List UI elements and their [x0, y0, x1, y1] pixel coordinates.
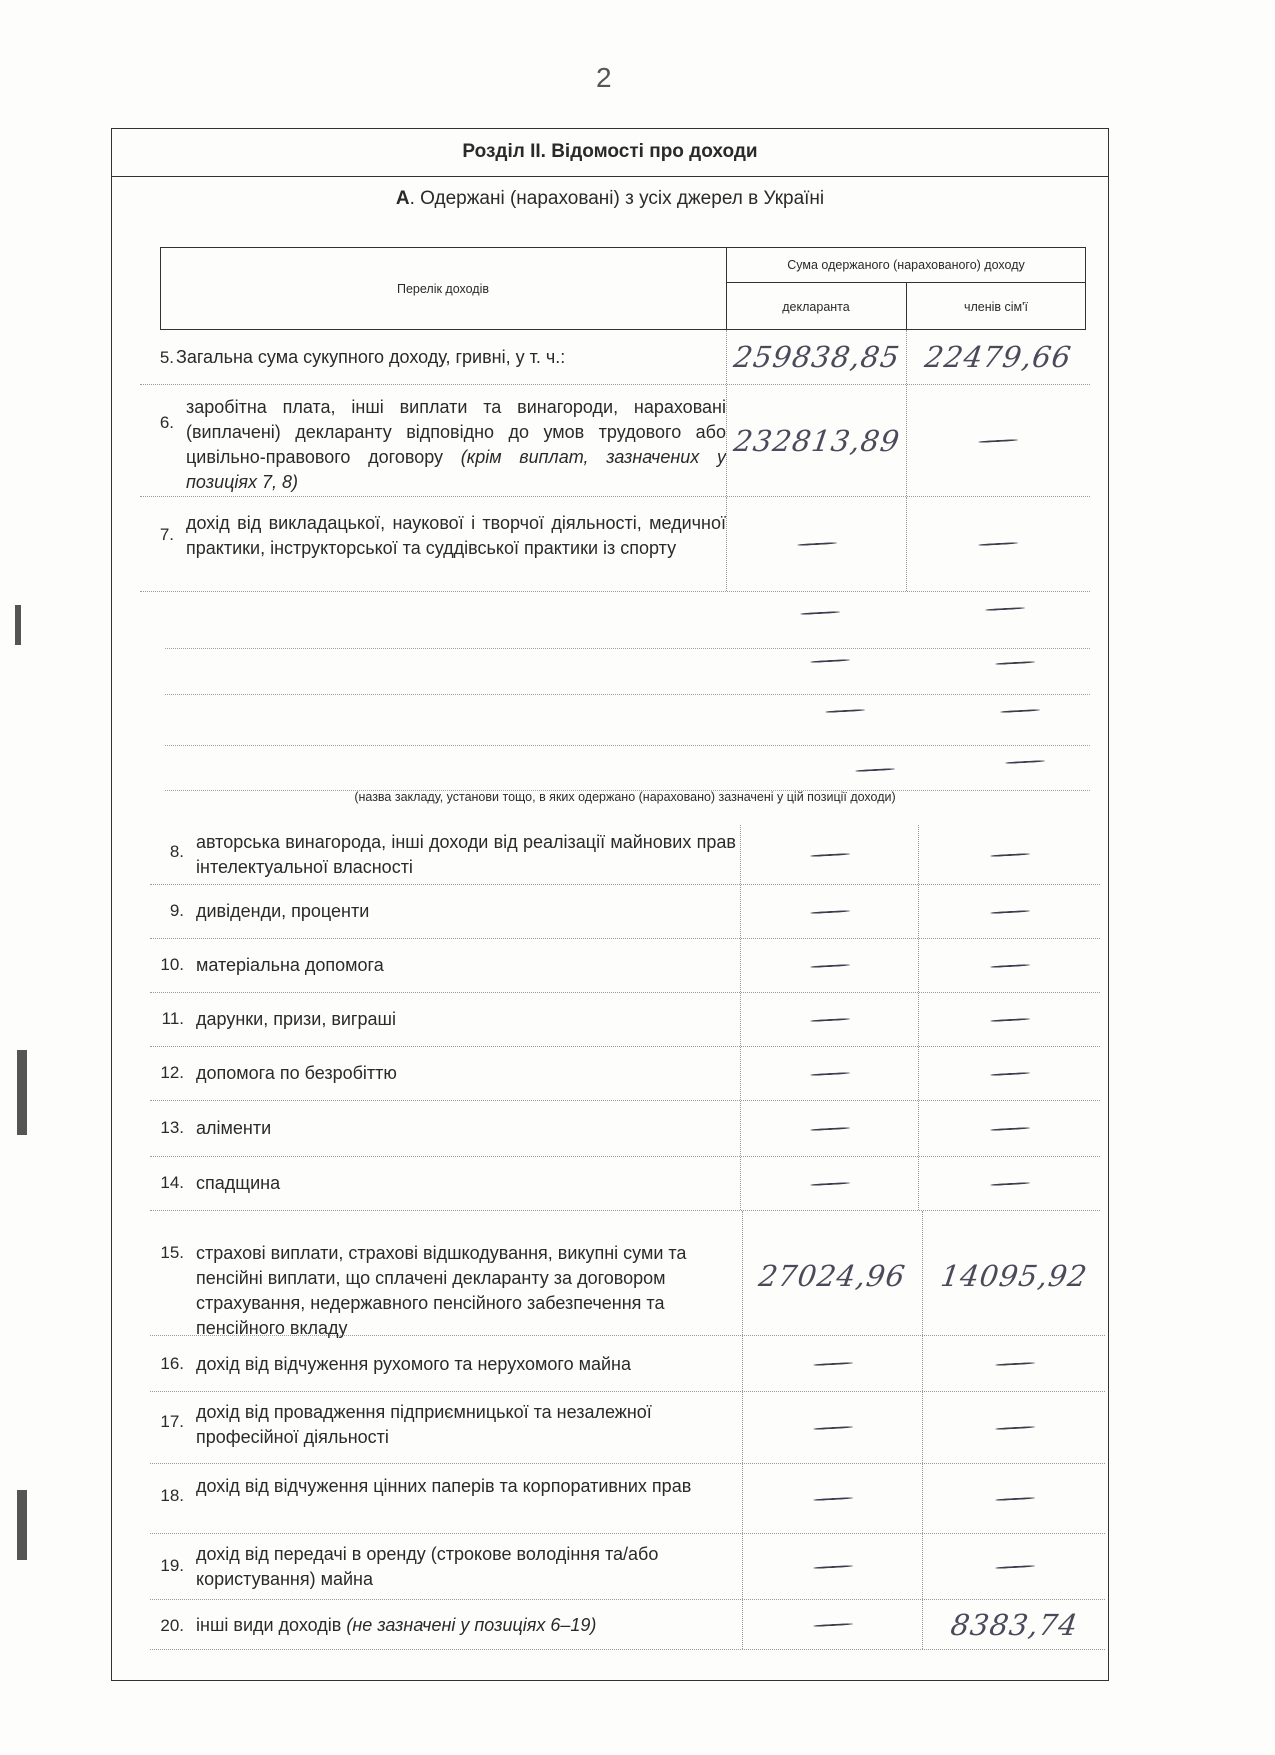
subsection-title: А. Одержані (нараховані) з усіх джерел в… [111, 188, 1109, 210]
row-number: 17. [150, 1412, 184, 1432]
dash-mark [810, 909, 850, 913]
table-row: 19. дохід від передачі в оренду (строков… [150, 1534, 1105, 1600]
dash-mark [825, 709, 865, 713]
dash-mark [810, 963, 850, 967]
table-row: 5. Загальна сума сукупного доходу, гривн… [140, 330, 1090, 385]
family-amount[interactable] [918, 1157, 1101, 1210]
subsection-letter: А [396, 188, 410, 209]
declarant-amount[interactable] [742, 1534, 923, 1599]
table-row: 13. аліменти [150, 1101, 1100, 1157]
family-amount[interactable] [918, 1101, 1101, 1156]
row-label: дохід від відчуження цінних паперів та к… [196, 1474, 736, 1499]
scan-mark [17, 1490, 27, 1560]
row-label: аліменти [196, 1116, 736, 1141]
dash-mark [1005, 760, 1045, 764]
family-amount[interactable] [918, 825, 1101, 884]
dash-mark [995, 661, 1035, 665]
table-row: 17. дохід від провадження підприємницько… [150, 1392, 1105, 1464]
header-family: членів сім'ї [906, 283, 1086, 330]
family-amount[interactable] [918, 1047, 1101, 1100]
row-number: 9. [150, 901, 184, 921]
row-number: 20. [150, 1616, 184, 1636]
declarant-amount[interactable] [740, 939, 919, 992]
table-row: 7. дохід від викладацької, наукової і тв… [140, 497, 1090, 592]
family-amount[interactable] [918, 885, 1101, 938]
dash-mark [994, 1564, 1034, 1568]
dash-mark [797, 542, 837, 546]
table-row: 10. матеріальна допомога [150, 939, 1100, 993]
dash-mark [990, 1017, 1030, 1021]
family-amount[interactable] [922, 1534, 1106, 1599]
table-row: 16. дохід від відчуження рухомого та нер… [150, 1336, 1105, 1392]
table-row: 14. спадщина [150, 1157, 1100, 1211]
dash-mark [978, 542, 1018, 546]
dash-mark [813, 1622, 853, 1626]
family-amount[interactable] [922, 1392, 1106, 1463]
row-label: матеріальна допомога [196, 953, 736, 978]
dash-mark [810, 1071, 850, 1075]
row-label: дивіденди, проценти [196, 899, 736, 924]
scan-mark [15, 605, 21, 645]
family-amount[interactable]: 14095,92 [922, 1211, 1105, 1335]
dash-mark [990, 909, 1030, 913]
row-number: 19. [150, 1556, 184, 1576]
row-number: 13. [150, 1118, 184, 1138]
row-label: дохід від передачі в оренду (строкове во… [196, 1542, 736, 1592]
dash-mark [985, 607, 1025, 611]
dash-mark [800, 611, 840, 615]
declarant-amount[interactable] [740, 993, 919, 1046]
dash-mark [990, 963, 1030, 967]
page-number: 2 [596, 62, 612, 94]
row-label: дохід від викладацької, наукової і творч… [186, 511, 726, 561]
declarant-amount[interactable] [742, 1600, 923, 1649]
declarant-amount[interactable] [740, 885, 919, 938]
header-income-list: Перелік доходів [160, 247, 726, 330]
declarant-amount[interactable] [742, 1392, 923, 1463]
dash-mark [994, 1425, 1034, 1429]
table-row: 18. дохід від відчуження цінних паперів … [150, 1464, 1105, 1534]
institution-row[interactable] [165, 745, 1090, 791]
row-number: 18. [150, 1486, 184, 1506]
family-amount[interactable] [922, 1464, 1106, 1533]
dash-mark [990, 852, 1030, 856]
row-number: 11. [150, 1009, 184, 1029]
row-label: заробітна плата, інші виплати та винагор… [186, 395, 726, 495]
dash-mark [813, 1425, 853, 1429]
row-number: 14. [150, 1173, 184, 1193]
institution-caption: (назва закладу, установи тощо, в яких од… [160, 790, 1090, 804]
family-amount[interactable] [922, 1336, 1106, 1391]
dash-mark [810, 852, 850, 856]
section-title: Розділ ІІ. Відомості про доходи [111, 130, 1109, 174]
table-row: 9. дивіденди, проценти [150, 885, 1100, 939]
declarant-amount[interactable] [726, 497, 907, 591]
row-label: дохід від провадження підприємницької та… [196, 1400, 736, 1450]
declarant-amount[interactable] [740, 1101, 919, 1156]
family-amount[interactable]: 8383,74 [922, 1600, 1106, 1649]
family-amount[interactable]: 22479,66 [906, 330, 1089, 384]
table-row: 12. допомога по безробіттю [150, 1047, 1100, 1101]
table-row: 15. страхові виплати, страхові відшкодув… [150, 1211, 1105, 1336]
row-label: допомога по безробіттю [196, 1061, 736, 1086]
table-row: 11. дарунки, призи, виграші [150, 993, 1100, 1047]
scan-mark [17, 1050, 27, 1135]
dash-mark [990, 1071, 1030, 1075]
family-amount[interactable] [918, 993, 1101, 1046]
row-label: авторська винагорода, інші доходи від ре… [196, 830, 736, 880]
dash-mark [813, 1361, 853, 1365]
declarant-amount[interactable]: 27024,96 [742, 1211, 922, 1335]
dash-mark [810, 1017, 850, 1021]
row-label: дохід від відчуження рухомого та нерухом… [196, 1352, 736, 1377]
row-number: 16. [150, 1354, 184, 1374]
row-label: інші види доходів (не зазначені у позиці… [196, 1613, 736, 1638]
table-row: 8. авторська винагорода, інші доходи від… [150, 825, 1100, 885]
dash-mark [810, 1126, 850, 1130]
dash-mark [978, 438, 1018, 442]
dash-mark [813, 1496, 853, 1500]
institution-row[interactable] [165, 598, 1090, 649]
subsection-text: . Одержані (нараховані) з усіх джерел в … [410, 188, 825, 209]
dash-mark [994, 1361, 1034, 1365]
declarant-amount[interactable] [740, 1157, 919, 1210]
dash-mark [810, 659, 850, 663]
dash-mark [855, 768, 895, 772]
row-label: дарунки, призи, виграші [196, 1007, 736, 1032]
declarant-amount[interactable] [742, 1336, 923, 1391]
row-number: 10. [150, 955, 184, 975]
table-row: 6. заробітна плата, інші виплати та вина… [140, 385, 1090, 497]
header-amount-group: Сума одержаного (нарахованого) доходу [726, 247, 1086, 283]
declarant-amount[interactable]: 259838,85 [726, 330, 907, 384]
institution-row[interactable] [165, 648, 1090, 695]
dash-mark [1000, 709, 1040, 713]
row-number: 15. [150, 1243, 184, 1263]
family-amount[interactable] [906, 497, 1089, 591]
row-number: 12. [150, 1063, 184, 1083]
institution-row[interactable] [165, 694, 1090, 746]
declarant-amount[interactable]: 232813,89 [726, 385, 907, 496]
declarant-amount[interactable] [742, 1464, 923, 1533]
family-amount[interactable] [918, 939, 1101, 992]
declarant-amount[interactable] [740, 1047, 919, 1100]
row-number: 6. [140, 413, 174, 433]
row-number: 8. [150, 842, 184, 862]
declarant-amount[interactable] [740, 825, 919, 884]
header-declarant: декларанта [726, 283, 906, 330]
row-number: 5. [140, 348, 174, 368]
dash-mark [994, 1496, 1034, 1500]
table-row: 20. інші види доходів (не зазначені у по… [150, 1600, 1105, 1650]
row-label: страхові виплати, страхові відшкодування… [196, 1241, 716, 1341]
family-amount[interactable] [906, 385, 1089, 496]
dash-mark [990, 1181, 1030, 1185]
dash-mark [990, 1126, 1030, 1130]
dash-mark [813, 1564, 853, 1568]
divider [111, 176, 1109, 177]
row-label: Загальна сума сукупного доходу, гривні, … [176, 345, 716, 370]
row-label: спадщина [196, 1171, 736, 1196]
dash-mark [810, 1181, 850, 1185]
row-number: 7. [140, 525, 174, 545]
